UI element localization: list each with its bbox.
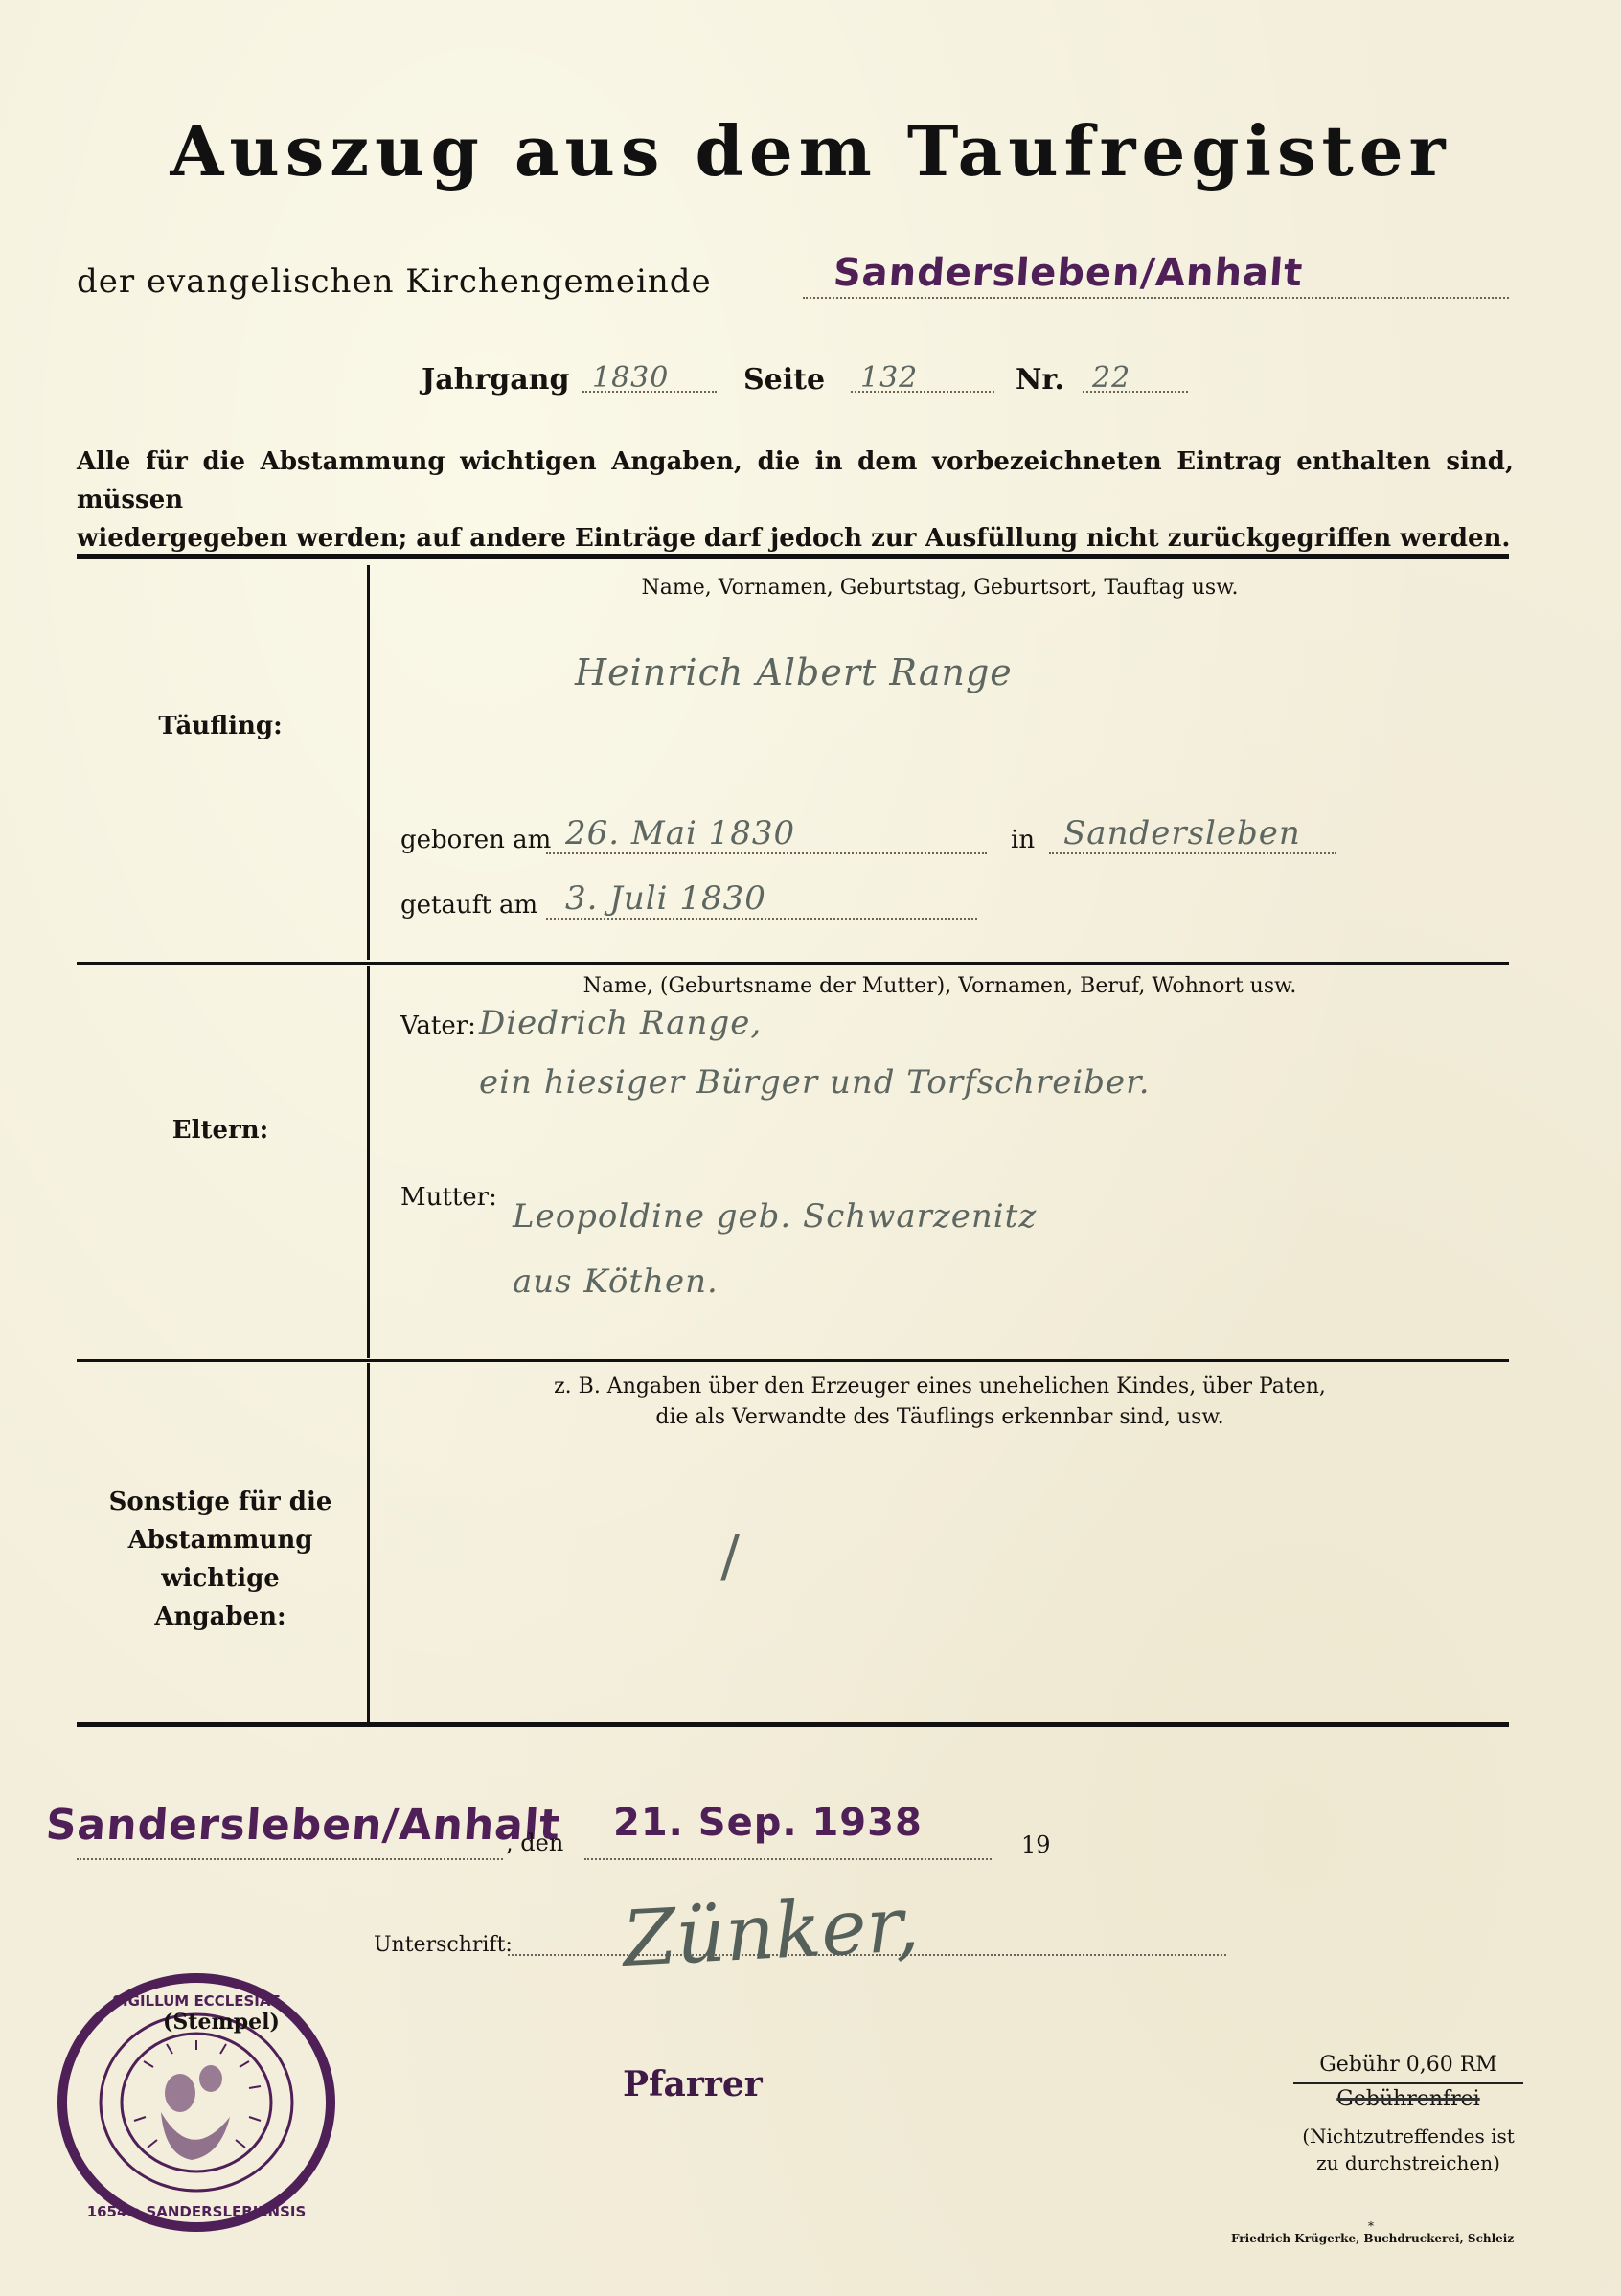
- parents-section-label: Eltern:: [77, 1111, 364, 1149]
- father-label: Vater:: [400, 1012, 476, 1040]
- congregation-label: der evangelischen Kirchengemeinde: [77, 262, 712, 301]
- born-field: [546, 852, 987, 854]
- birthplace-value: Sandersleben: [1063, 814, 1301, 852]
- birthplace-field: [1049, 852, 1336, 854]
- mother-name-value: Leopoldine geb. Schwarzenitz: [513, 1197, 1037, 1236]
- baptized-label: getauft am: [400, 891, 537, 920]
- other-section-hint: z. B. Angaben über den Erzeuger eines un…: [370, 1372, 1510, 1433]
- signature-label: Unterschrift:: [374, 1933, 513, 1957]
- register-reference-row: Jahrgang 1830 Seite 132 Nr. 22: [422, 354, 1188, 402]
- parents-section-hint: Name, (Geburtsname der Mutter), Vornamen…: [370, 971, 1510, 1002]
- fee-note-line-2: zu durchstreichen): [1293, 2149, 1523, 2176]
- instructions-line-1: Alle für die Abstammung wichtigen Angabe…: [77, 443, 1514, 519]
- seal-caption: (Stempel): [163, 2010, 280, 2035]
- child-section-label: Täufling:: [77, 707, 364, 745]
- year-value: 1830: [592, 361, 669, 395]
- baptized-field: [546, 918, 977, 920]
- child-section-hint: Name, Vornamen, Geburtstag, Geburtsort, …: [370, 573, 1510, 603]
- other-label-line-3: Angaben:: [77, 1598, 364, 1636]
- date-field: [584, 1858, 992, 1860]
- seal-text: SIGILLUM ECCLESIAE: [112, 1992, 281, 2010]
- mother-label: Mutter:: [400, 1183, 497, 1212]
- born-value: 26. Mai 1830: [565, 814, 795, 852]
- number-value: 22: [1092, 361, 1130, 395]
- printer-imprint: Friedrich Krügerke, Buchdruckerei, Schle…: [1231, 2232, 1514, 2245]
- other-value-stroke: /: [720, 1523, 741, 1590]
- instructions-line-2: wiedergegeben werden; auf andere Einträg…: [77, 519, 1514, 557]
- date-stamp: 21. Sep. 1938: [613, 1801, 923, 1845]
- father-name-value: Diedrich Range,: [479, 1004, 762, 1042]
- table-bottom-rule: [77, 1722, 1509, 1727]
- congregation-field: [803, 297, 1509, 299]
- page-field: 132: [851, 362, 994, 393]
- page-value: 132: [860, 361, 918, 395]
- pastor-title-stamp: Pfarrer: [623, 2064, 763, 2104]
- other-label-line-2: Abstammung wichtige: [77, 1521, 364, 1598]
- table-divider-1: [77, 962, 1509, 965]
- fee-block: Gebühr 0,60 RM Gebührenfrei (Nichtzutref…: [1293, 2050, 1523, 2176]
- year-field: 1830: [582, 362, 717, 393]
- fee-amount: Gebühr 0,60 RM: [1293, 2050, 1523, 2084]
- place-stamp: Sandersleben/Anhalt: [44, 1801, 562, 1850]
- table-top-rule: [77, 554, 1509, 559]
- document-title: Auszug aus dem Taufregister: [0, 110, 1621, 192]
- other-hint-line-2: die als Verwandte des Täuflings erkennba…: [370, 1402, 1510, 1433]
- congregation-stamp: Sandersleben/Anhalt: [832, 251, 1304, 295]
- column-divider-1: [367, 565, 370, 960]
- child-name-value: Heinrich Albert Range: [575, 651, 1013, 693]
- birthplace-label: in: [1011, 826, 1035, 854]
- year-prefix: 19: [1021, 1831, 1051, 1858]
- other-hint-line-1: z. B. Angaben über den Erzeuger eines un…: [370, 1372, 1510, 1402]
- seal-year: 1654 • SANDERSLEBIENSIS: [87, 2203, 307, 2220]
- number-field: 22: [1083, 362, 1188, 393]
- column-divider-2: [367, 966, 370, 1358]
- fee-note-line-1: (Nichtzutreffendes ist: [1293, 2123, 1523, 2149]
- den-label: , den: [506, 1830, 563, 1856]
- year-label: Jahrgang: [422, 363, 569, 397]
- father-occupation-value: ein hiesiger Bürger und Torfschreiber.: [479, 1063, 1151, 1102]
- table-divider-2: [77, 1359, 1509, 1362]
- printer-mark: *: [1368, 2219, 1374, 2233]
- instructions-text: Alle für die Abstammung wichtigen Angabe…: [77, 443, 1514, 557]
- page-label: Seite: [743, 363, 825, 397]
- fee-free-struck: Gebührenfrei: [1293, 2084, 1523, 2115]
- congregation-row: der evangelischen Kirchengemeinde Sander…: [77, 251, 1509, 308]
- mother-origin-value: aus Köthen.: [513, 1262, 719, 1301]
- other-section-label: Sonstige für die Abstammung wichtige Ang…: [77, 1483, 364, 1636]
- pastor-signature: Zünker,: [621, 1879, 922, 1984]
- born-label: geboren am: [400, 826, 551, 854]
- place-field: [77, 1858, 503, 1860]
- other-label-line-1: Sonstige für die: [77, 1483, 364, 1521]
- baptized-value: 3. Juli 1830: [565, 879, 766, 918]
- fee-note: (Nichtzutreffendes ist zu durchstreichen…: [1293, 2123, 1523, 2176]
- number-label: Nr.: [1016, 363, 1064, 397]
